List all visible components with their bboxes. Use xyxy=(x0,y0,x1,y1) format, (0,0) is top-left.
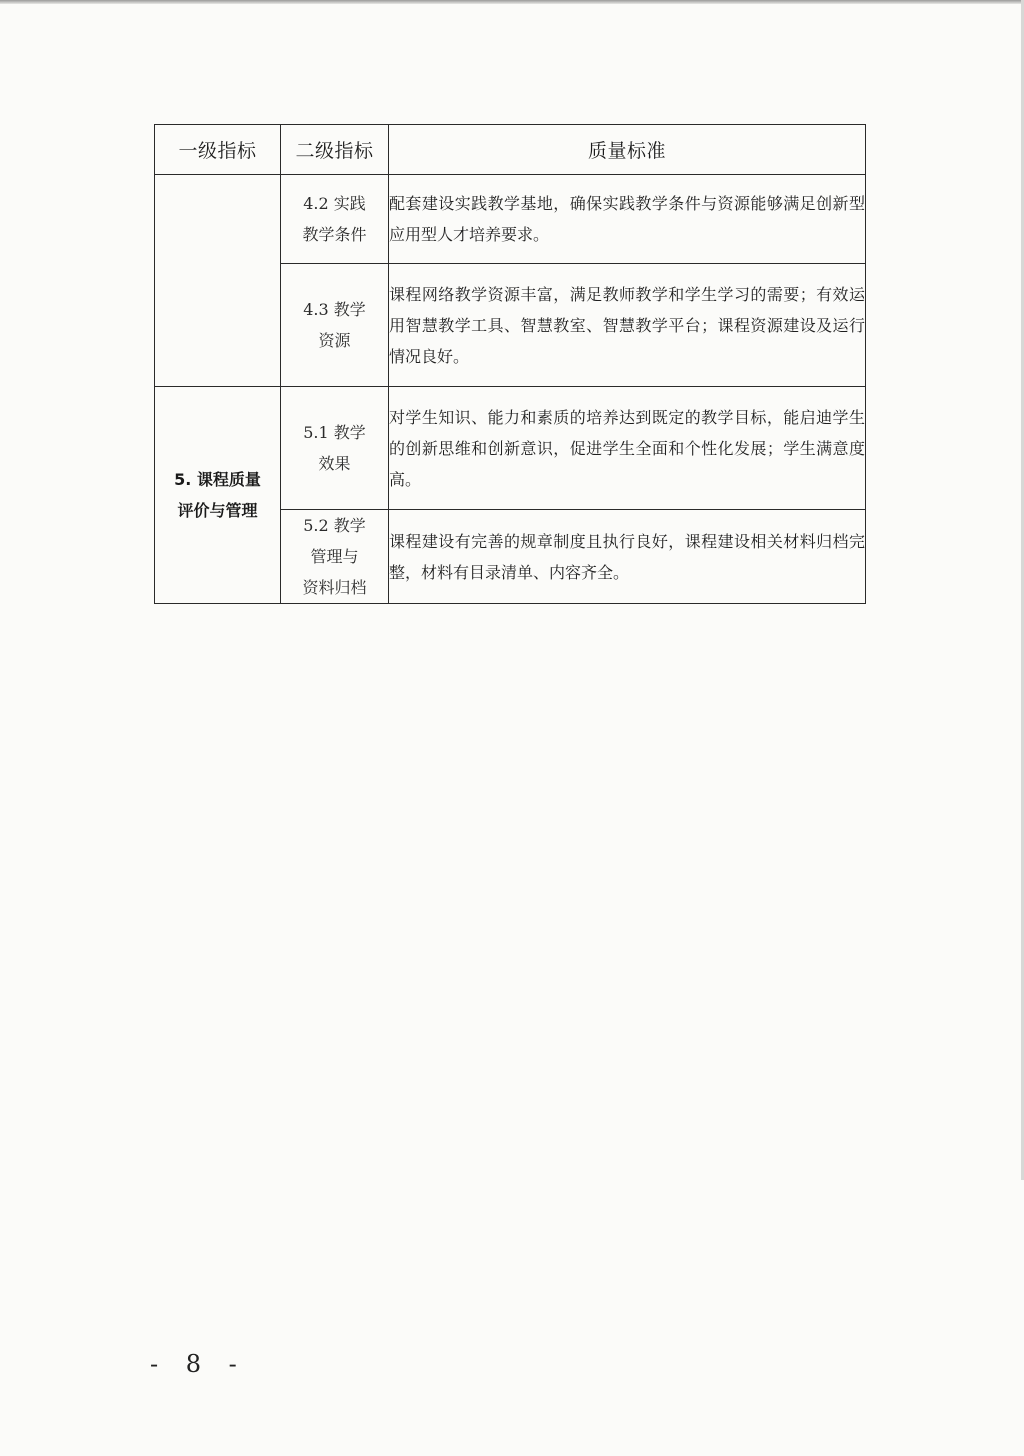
level1-label-line: 评价与管理 xyxy=(155,495,280,526)
page-number: - 8 - xyxy=(150,1350,247,1378)
level2-cell: 4.2 实践 教学条件 xyxy=(281,175,389,264)
level2-cell: 4.3 教学 资源 xyxy=(281,264,389,387)
level2-label-line: 效果 xyxy=(281,448,388,479)
level1-cell: 5. 课程质量 评价与管理 xyxy=(155,387,281,604)
header-level2: 二级指标 xyxy=(281,125,389,175)
table-row: 5. 课程质量 评价与管理 5.1 教学 效果 对学生知识、能力和素质的培养达到… xyxy=(155,387,866,510)
level2-cell: 5.1 教学 效果 xyxy=(281,387,389,510)
level2-label-line: 4.2 实践 xyxy=(281,188,388,219)
standard-cell: 配套建设实践教学基地，确保实践教学条件与资源能够满足创新型应用型人才培养要求。 xyxy=(389,175,866,264)
level2-label-line: 资料归档 xyxy=(281,572,388,603)
level2-label-line: 5.2 教学 xyxy=(281,510,388,541)
level2-label-line: 教学条件 xyxy=(281,219,388,250)
level1-cell-continued xyxy=(155,175,281,387)
level2-label-line: 5.1 教学 xyxy=(281,417,388,448)
header-standard: 质量标准 xyxy=(389,125,866,175)
quality-standards-table: 一级指标 二级指标 质量标准 4.2 实践 教学条件 配套建设实践教学基地，确保… xyxy=(154,124,866,604)
level2-label-line: 管理与 xyxy=(281,541,388,572)
level2-cell: 5.2 教学 管理与 资料归档 xyxy=(281,510,389,604)
level1-label-line: 5. 课程质量 xyxy=(155,464,280,495)
header-level1: 一级指标 xyxy=(155,125,281,175)
scan-top-edge xyxy=(0,0,1024,4)
table-row: 4.2 实践 教学条件 配套建设实践教学基地，确保实践教学条件与资源能够满足创新… xyxy=(155,175,866,264)
table-header-row: 一级指标 二级指标 质量标准 xyxy=(155,125,866,175)
level2-label-line: 4.3 教学 xyxy=(281,294,388,325)
standard-cell: 课程建设有完善的规章制度且执行良好，课程建设相关材料归档完整，材料有目录清单、内… xyxy=(389,510,866,604)
level2-label-line: 资源 xyxy=(281,325,388,356)
standard-cell: 课程网络教学资源丰富，满足教师教学和学生学习的需要；有效运用智慧教学工具、智慧教… xyxy=(389,264,866,387)
standard-cell: 对学生知识、能力和素质的培养达到既定的教学目标，能启迪学生的创新思维和创新意识，… xyxy=(389,387,866,510)
